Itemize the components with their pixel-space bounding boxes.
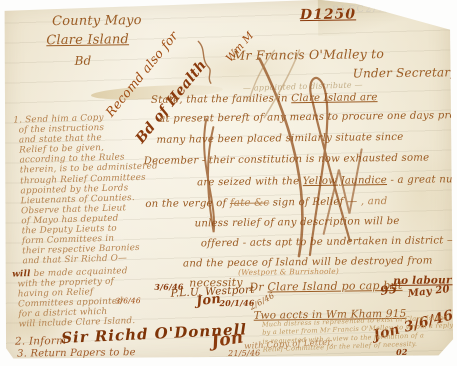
scanned-document-photo: County Mayo Clare Island Bd D1250 RLFC2/… xyxy=(0,0,457,366)
initial-signature: Jon xyxy=(195,293,221,310)
action-note-3: 3. Return Papers to be xyxy=(17,347,136,359)
body-text-underlined: Yellow Jaundice xyxy=(303,175,387,187)
body-text: sign of Relief — xyxy=(269,196,361,208)
place-heading: Clare Island xyxy=(46,33,129,48)
archive-reference-pencil: RLFC2/7/2688 xyxy=(332,3,420,16)
body-text: State, that the families in xyxy=(151,93,291,106)
margin-note-1: 1. Send him a Copy of the instructions a… xyxy=(13,111,161,267)
action-note-2-prefix: 2. Inform xyxy=(15,336,66,348)
county-heading: County Mayo xyxy=(52,14,142,29)
struck-out-words: fate &c xyxy=(230,197,270,208)
final-signature-small: 02 xyxy=(396,348,408,357)
body-text: are seized with the xyxy=(197,176,303,188)
letter-paper: County Mayo Clare Island Bd D1250 RLFC2/… xyxy=(2,0,454,361)
emphasised-word: will xyxy=(12,269,31,280)
body-text: - a great number xyxy=(387,174,454,186)
pencil-place-names: (Westport & Burrishoole) xyxy=(238,268,339,277)
body-text-underlined: Clare Island are xyxy=(291,92,377,104)
faint-words: , and xyxy=(361,196,388,207)
margin-note-date: 3/6/46 xyxy=(115,297,140,306)
sender-line: Mr Francis O'Malley to xyxy=(232,47,384,63)
heading-abbreviation: Bd xyxy=(74,55,91,68)
note-text: Dr xyxy=(249,281,267,294)
recipient-line: Under Secretary xyxy=(353,66,455,80)
clerk-mark: 95 xyxy=(379,283,398,299)
